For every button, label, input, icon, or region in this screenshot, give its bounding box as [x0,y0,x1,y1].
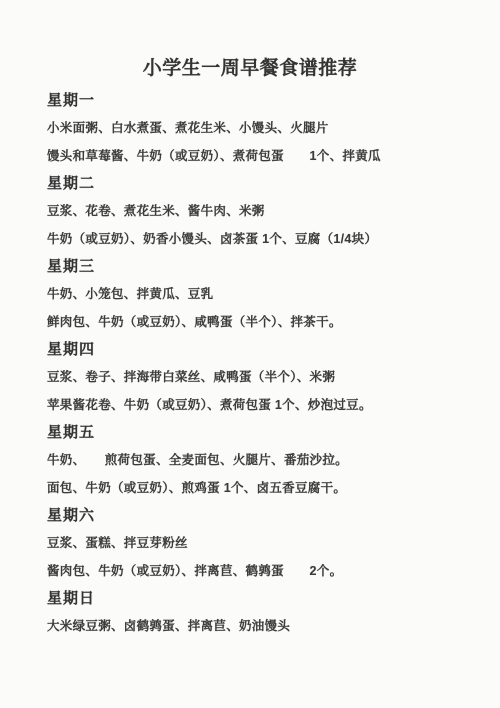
day-heading-friday: 星期五 [0,418,500,446]
day-heading-sunday: 星期日 [0,584,500,612]
menu-line: 豆浆、花卷、煮花生米、酱牛肉、米粥 [0,197,500,225]
menu-line: 豆浆、卷子、拌海带白菜丝、咸鸭蛋（半个）、米粥 [0,362,500,390]
document-page: 小学生一周早餐食谱推荐 星期一 小米面粥、白水煮蛋、煮花生米、小馒头、火腿片 馒… [0,0,500,708]
menu-list: 星期一 小米面粥、白水煮蛋、煮花生米、小馒头、火腿片 馒头和草莓酱、牛奶（或豆奶… [0,86,500,639]
menu-line: 小米面粥、白水煮蛋、煮花生米、小馒头、火腿片 [0,114,500,142]
menu-line: 苹果酱花卷、牛奶（或豆奶）、煮荷包蛋 1个、炒泡过豆。 [0,390,500,418]
day-heading-thursday: 星期四 [0,335,500,363]
menu-line: 牛奶（或豆奶）、奶香小馒头、卤茶蛋 1个、豆腐（1/4块） [0,224,500,252]
menu-line: 面包、牛奶（或豆奶）、煎鸡蛋 1个、卤五香豆腐干。 [0,473,500,501]
menu-line: 豆浆、蛋糕、拌豆芽粉丝 [0,528,500,556]
menu-line: 牛奶、 煎荷包蛋、全麦面包、火腿片、番茄沙拉。 [0,445,500,473]
menu-line: 牛奶、小笼包、拌黄瓜、豆乳 [0,279,500,307]
day-heading-wednesday: 星期三 [0,252,500,280]
menu-line: 大米绿豆粥、卤鹤鹑蛋、拌离苣、奶油馒头 [0,611,500,639]
day-heading-monday: 星期一 [0,86,500,114]
page-title: 小学生一周早餐食谱推荐 [0,0,500,80]
day-heading-tuesday: 星期二 [0,169,500,197]
day-heading-saturday: 星期六 [0,501,500,529]
menu-line: 鲜肉包、牛奶（或豆奶）、咸鸭蛋（半个）、拌茶干。 [0,307,500,335]
menu-line: 馒头和草莓酱、牛奶（或豆奶）、煮荷包蛋 1个、拌黄瓜 [0,141,500,169]
menu-line: 酱肉包、牛奶（或豆奶）、拌离苣、鹤鹑蛋 2个。 [0,556,500,584]
